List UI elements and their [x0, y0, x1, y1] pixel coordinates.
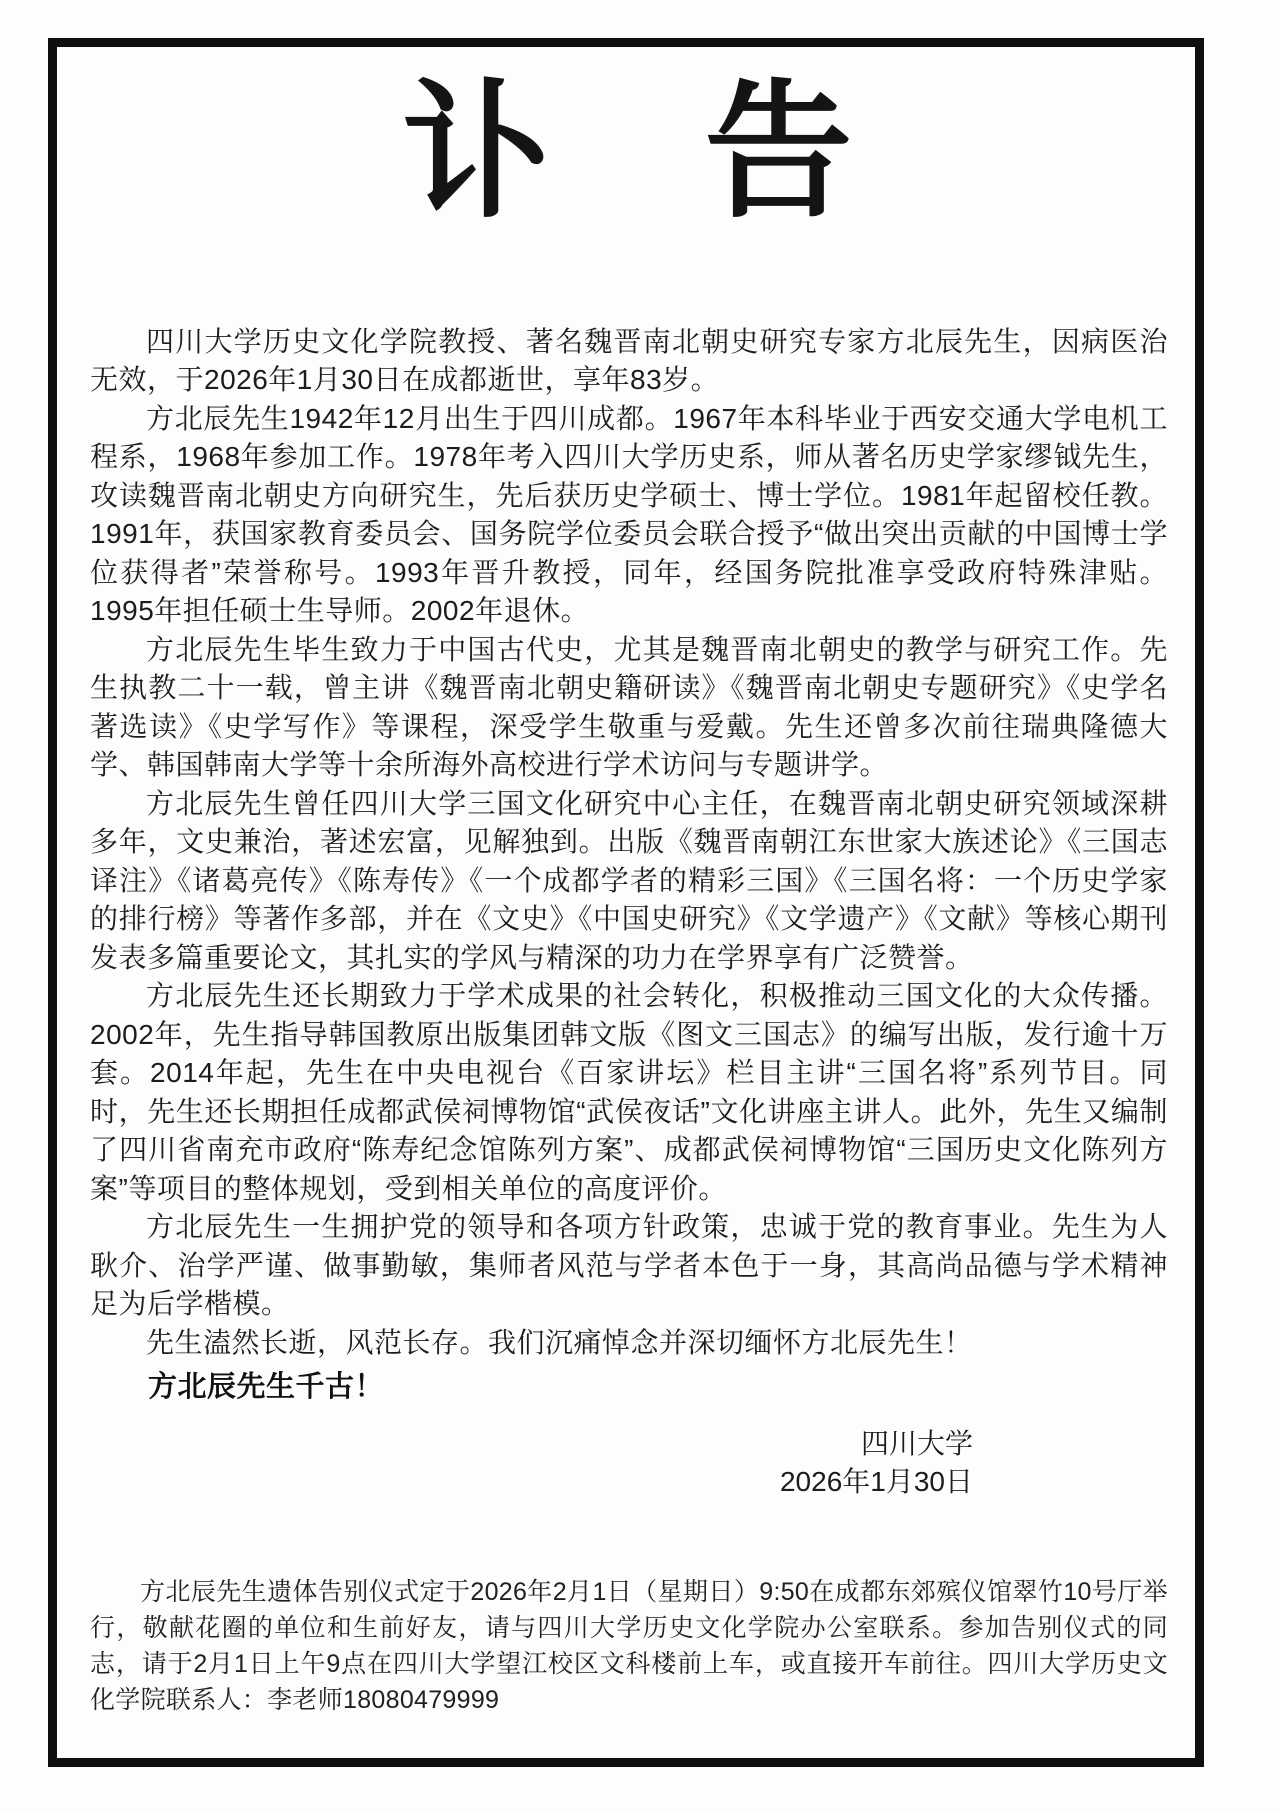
body-paragraph-public-outreach: 方北辰先生还长期致力于学术成果的社会转化，积极推动三国文化的大众传播。2002年… [90, 977, 1168, 1208]
body-paragraph-research-works: 方北辰先生曾任四川大学三国文化研究中心主任，在魏晋南北朝史研究领域深耕多年，文史… [90, 785, 1168, 978]
body-paragraph-condolence: 先生溘然长逝，风范长存。我们沉痛悼念并深切缅怀方北辰先生！ [90, 1324, 1168, 1363]
notice-title: 讣 告 [90, 72, 1168, 235]
body-paragraph-death-announcement: 四川大学历史文化学院教授、著名魏晋南北朝史研究专家方北辰先生，因病医治无效，于2… [90, 323, 1168, 400]
notice-frame: 讣 告 四川大学历史文化学院教授、著名魏晋南北朝史研究专家方北辰先生，因病医治无… [48, 38, 1204, 1767]
body-paragraph-teaching: 方北辰先生毕生致力于中国古代史，尤其是魏晋南北朝史的教学与研究工作。先生执教二十… [90, 631, 1168, 785]
notice-body: 四川大学历史文化学院教授、著名魏晋南北朝史研究专家方北辰先生，因病医治无效，于2… [90, 323, 1168, 1407]
funeral-arrangements-paragraph: 方北辰先生遗体告别仪式定于2026年2月1日（星期日）9:50在成都东郊殡仪馆翠… [90, 1574, 1168, 1718]
signature-block: 四川大学 2026年1月30日 [90, 1425, 1168, 1502]
signature-org: 四川大学 [90, 1425, 973, 1464]
body-paragraph-biography: 方北辰先生1942年12月出生于四川成都。1967年本科毕业于西安交通大学电机工… [90, 400, 1168, 631]
signature-date: 2026年1月30日 [90, 1463, 973, 1502]
obituary-page: 讣 告 四川大学历史文化学院教授、著名魏晋南北朝史研究专家方北辰先生，因病医治无… [0, 0, 1280, 1813]
body-paragraph-character: 方北辰先生一生拥护党的领导和各项方针政策，忠诚于党的教育事业。先生为人耿介、治学… [90, 1208, 1168, 1324]
memorial-line: 方北辰先生千古！ [90, 1368, 1168, 1407]
